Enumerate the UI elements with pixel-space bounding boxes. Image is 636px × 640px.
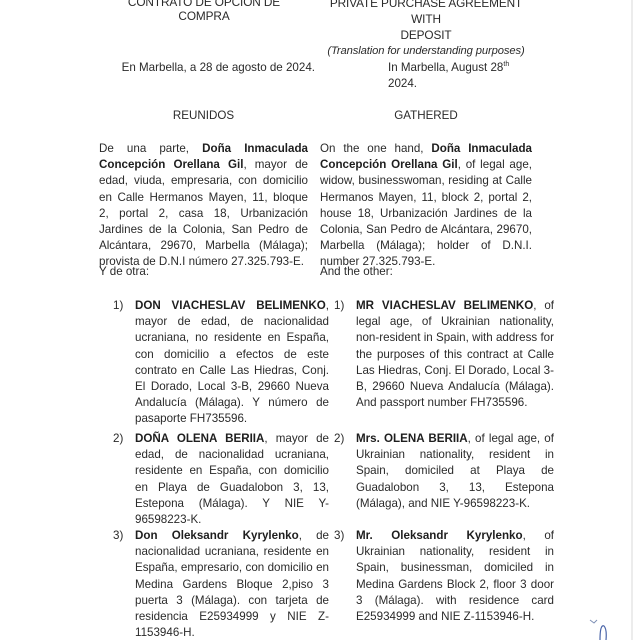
item-number: 2): [113, 431, 123, 447]
item-number: 1): [334, 298, 344, 314]
english-title: PRIVATE PURCHASE AGREEMENT WITH DEPOSIT …: [318, 0, 534, 59]
party-details: , of Ukrainian nationality, resident in …: [356, 529, 554, 623]
english-heading: GATHERED: [320, 108, 532, 124]
item-text: DOÑA OLENA BERIIA, mayor de edad, de nac…: [135, 431, 329, 528]
page-edge: [631, 0, 633, 640]
item-text: DON VIACHESLAV BELIMENKO, mayor de edad,…: [135, 298, 329, 428]
party-details: , de nacionalidad ucraniana, residente e…: [135, 529, 329, 639]
spanish-other-label: Y de otra:: [99, 264, 308, 280]
party-name: MR VIACHESLAV BELIMENKO: [356, 299, 533, 312]
contract-page: CONTRATO DE OPCIÓN DE COMPRA PRIVATE PUR…: [0, 0, 636, 640]
spanish-date: En Marbella, a 28 de agosto de 2024.: [115, 60, 315, 76]
english-date-year: 2024.: [388, 77, 417, 90]
item-text: Mr. Oleksandr Kyrylenko, of Ukrainian na…: [356, 528, 554, 625]
party-details: , mayor de edad, viuda, empresaria, con …: [99, 158, 308, 268]
date-ordinal-suffix: th: [503, 61, 509, 68]
english-other-label: And the other:: [320, 264, 532, 280]
party-name: DOÑA OLENA BERIIA: [135, 432, 264, 445]
party-details: , of legal age, of Ukrainian nationality…: [356, 299, 554, 409]
english-date: In Marbella, August 28th 2024.: [388, 60, 538, 92]
item-number: 2): [334, 431, 344, 447]
spanish-heading: REUNIDOS: [99, 108, 308, 124]
party-details: , of legal age, widow, businesswoman, re…: [320, 158, 532, 268]
party-details: , mayor de edad, de nacionalidad ucrania…: [135, 432, 329, 526]
item-number: 3): [334, 528, 344, 544]
english-date-text: In Marbella, August 28: [388, 61, 503, 74]
party-name: Don Oleksandr Kyrylenko: [135, 529, 299, 542]
signature-mark: [586, 618, 616, 640]
spanish-title: CONTRATO DE OPCIÓN DE COMPRA: [101, 0, 307, 23]
english-first-party: On the one hand, Doña Inmaculada Concepc…: [320, 141, 532, 271]
item-text: MR VIACHESLAV BELIMENKO, of legal age, o…: [356, 298, 554, 411]
english-subtitle: (Translation for understanding purposes): [318, 43, 534, 59]
party-name: Mrs. OLENA BERIIA: [356, 432, 468, 445]
item-text: Mrs. OLENA BERIIA, of legal age, of Ukra…: [356, 431, 554, 512]
intro-text: De una parte,: [99, 142, 202, 155]
spanish-first-party: De una parte, Doña Inmaculada Concepción…: [99, 141, 308, 271]
party-name: DON VIACHESLAV BELIMENKO: [135, 299, 326, 312]
english-title-line1: PRIVATE PURCHASE AGREEMENT WITH: [318, 0, 534, 27]
party-details: , mayor de edad, de nacionalidad ucrania…: [135, 299, 329, 425]
party-name: Mr. Oleksandr Kyrylenko: [356, 529, 523, 542]
english-title-line2: DEPOSIT: [318, 27, 534, 43]
item-number: 3): [113, 528, 123, 544]
intro-text: On the one hand,: [320, 142, 431, 155]
item-number: 1): [113, 298, 123, 314]
item-text: Don Oleksandr Kyrylenko, de nacionalidad…: [135, 528, 329, 640]
